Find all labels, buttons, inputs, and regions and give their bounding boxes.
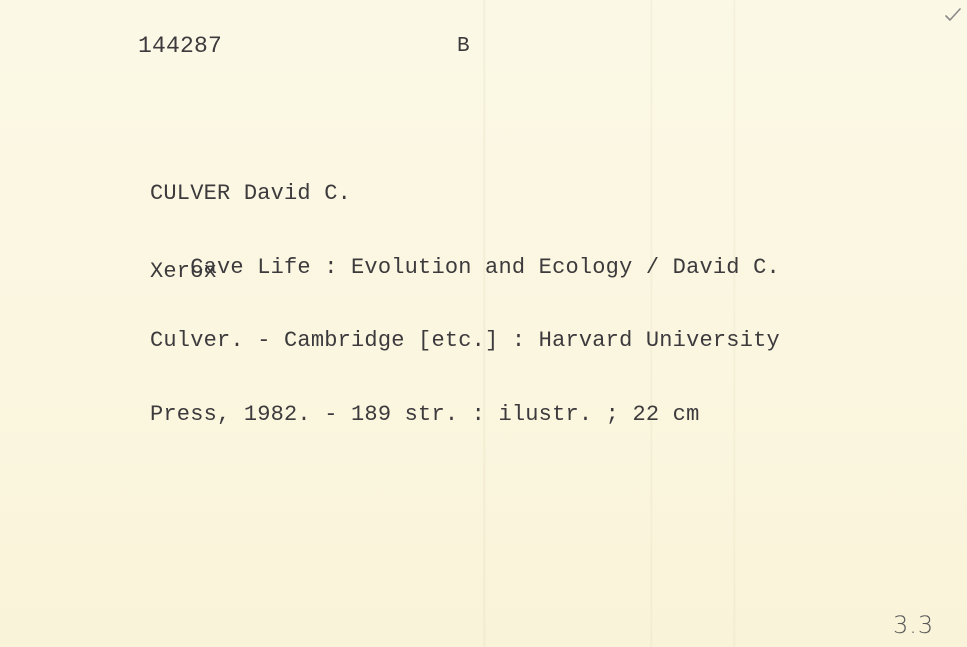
location-code: B (457, 35, 470, 58)
accession-number: 144287 (138, 33, 222, 59)
entry-heading: CULVER David C. (150, 182, 780, 207)
entry-line: Culver. - Cambridge [etc.] : Harvard Uni… (150, 329, 780, 354)
pencil-mark: 3.3 (893, 611, 934, 639)
catalog-card: 144287 B CULVER David C. Cave Life : Evo… (0, 0, 967, 647)
bibliographic-entry: CULVER David C. Cave Life : Evolution an… (150, 133, 780, 476)
entry-line: Press, 1982. - 189 str. : ilustr. ; 22 c… (150, 403, 780, 428)
check-mark-icon (945, 8, 961, 22)
entry-line: Cave Life : Evolution and Ecology / Davi… (150, 256, 780, 281)
format-note: Xerox (150, 259, 217, 284)
